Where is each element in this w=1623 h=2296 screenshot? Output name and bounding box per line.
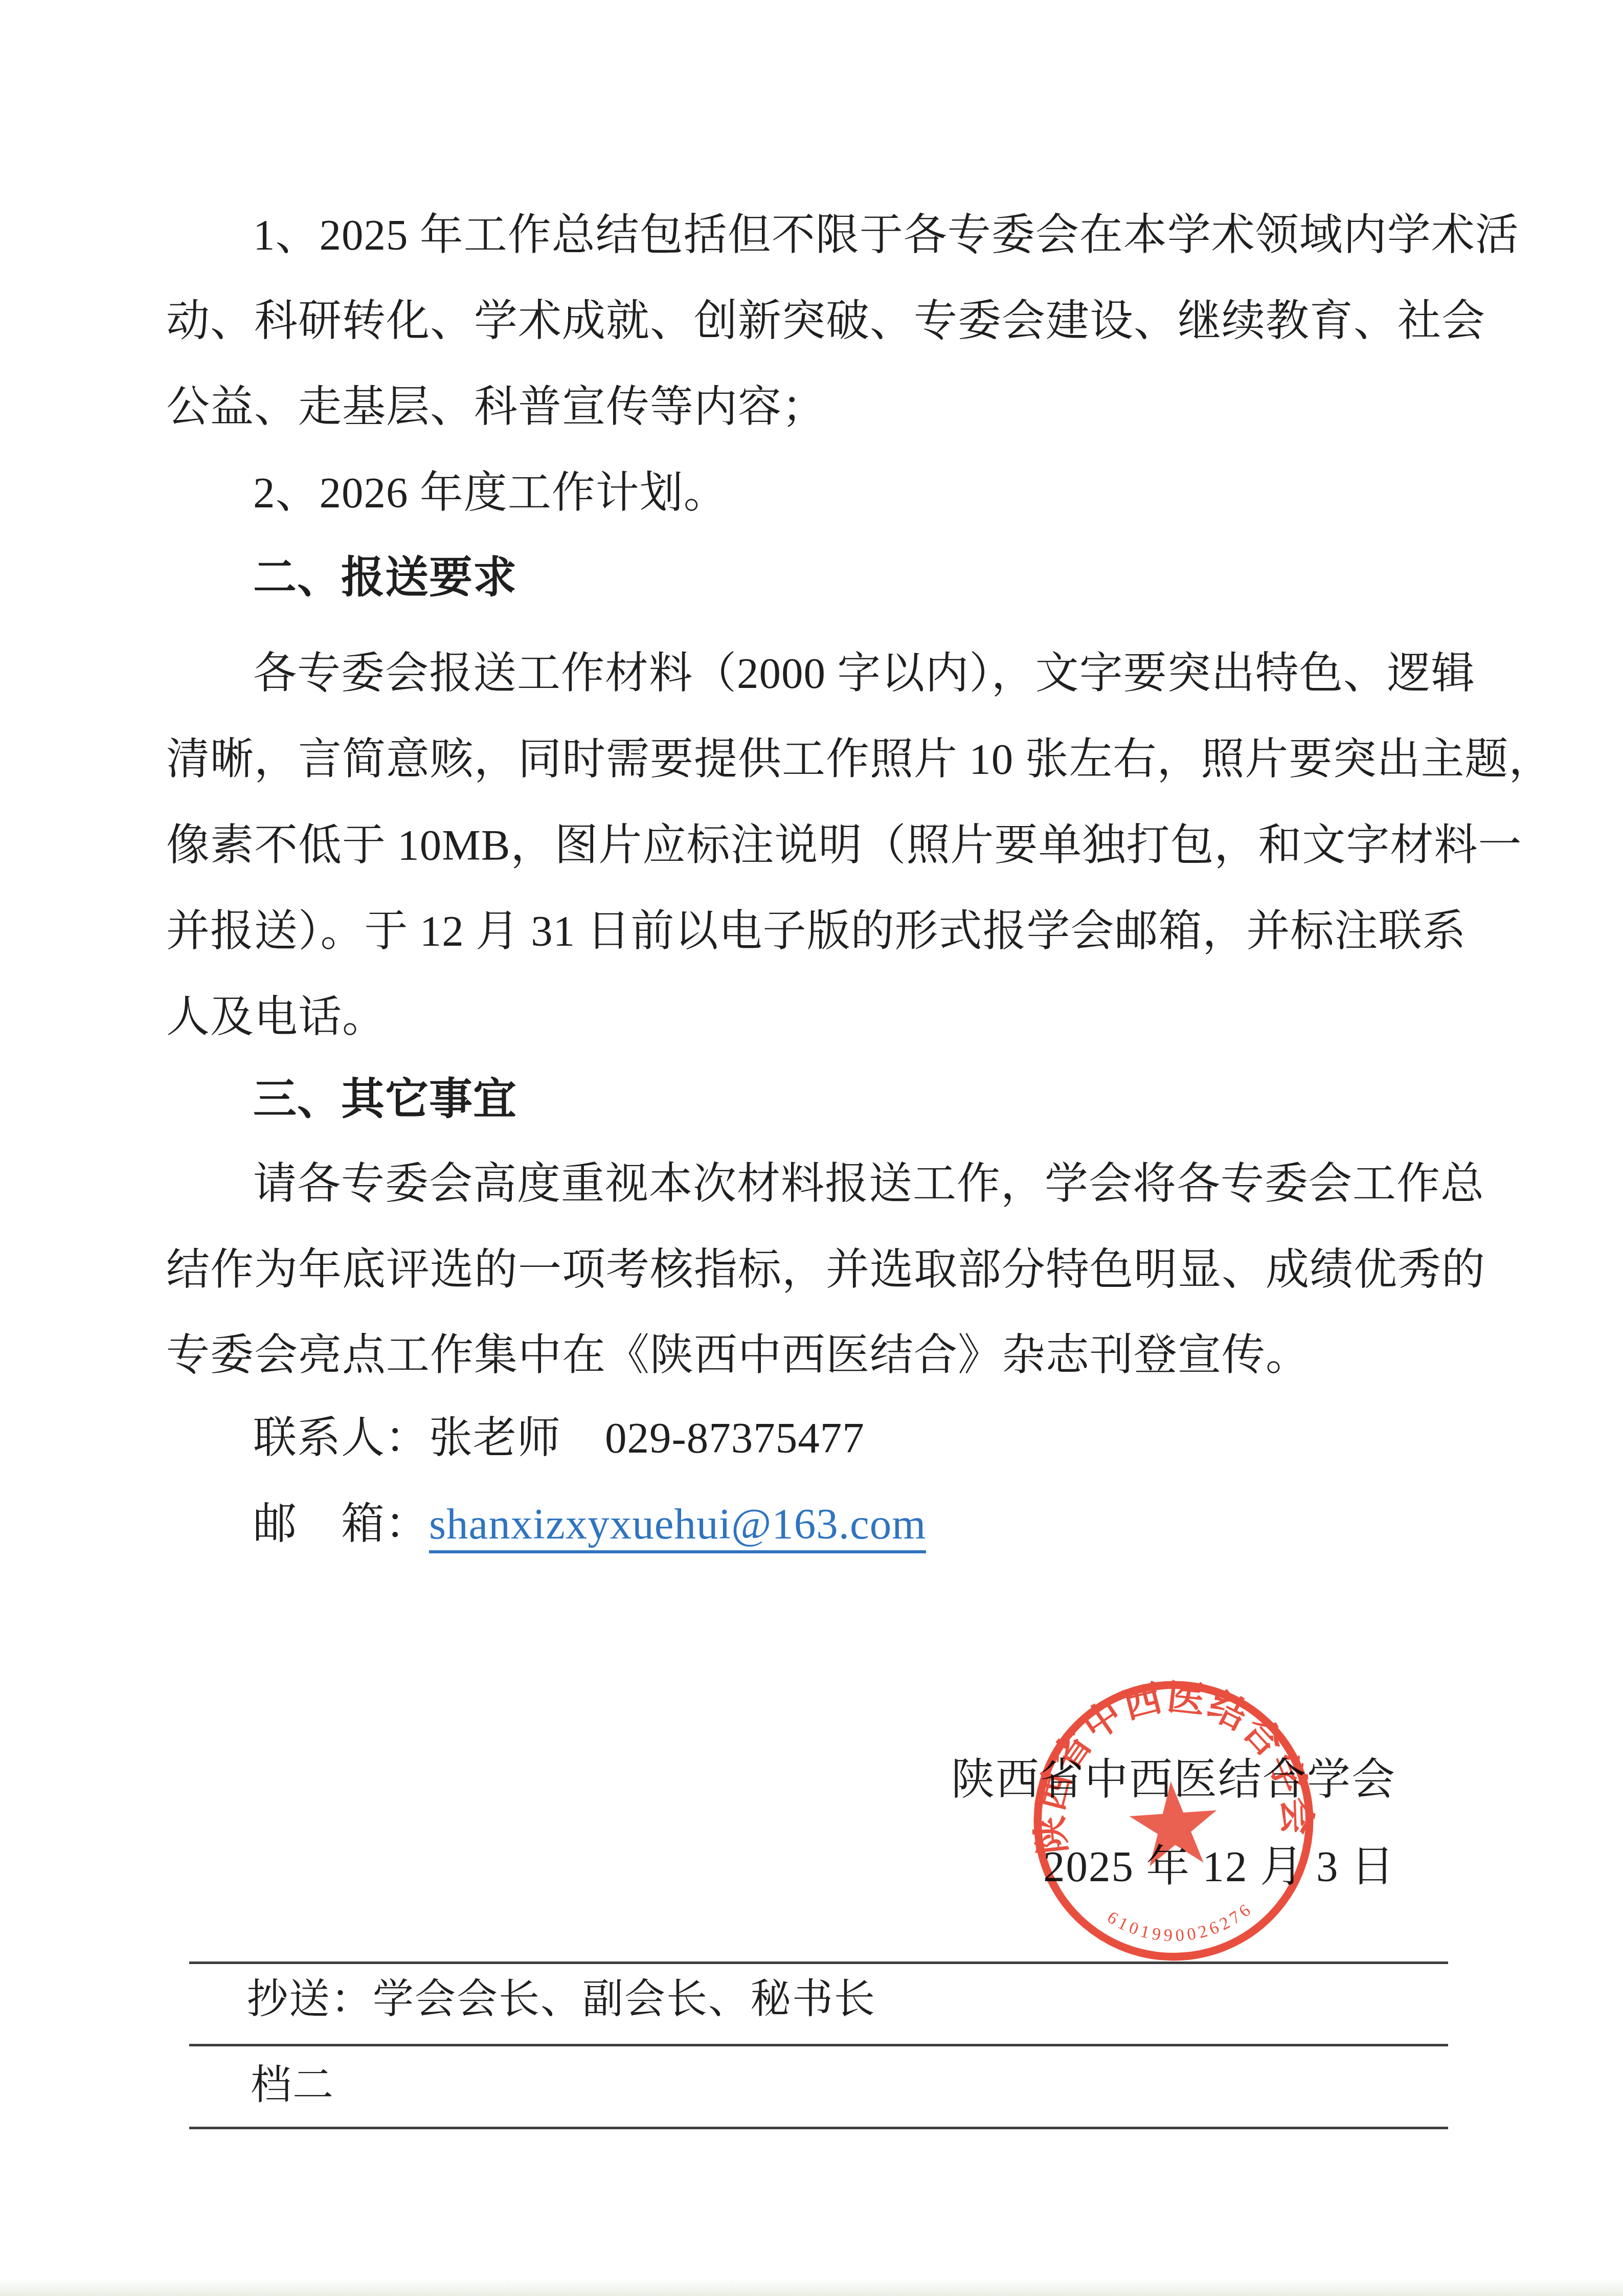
official-seal-stamp: 陕西省中西医结合学会 6101990026276 (1010, 1657, 1337, 1985)
footer-divider-middle (189, 2044, 1448, 2046)
email-line: 邮 箱：shanxizxyxuehui@163.com (253, 1496, 926, 1552)
scan-edge-shadow (0, 2279, 1623, 2296)
body-line-10: 人及电话。 (166, 989, 386, 1045)
body-line-7: 清晰，言简意赅，同时需要提供工作照片 10 张左右，照片要突出主题， (166, 731, 1553, 788)
body-line-4: 2、2026 年度工作计划。 (253, 465, 728, 521)
body-line-3: 公益、走基层、科普宣传等内容； (166, 379, 826, 435)
body-line-9: 并报送）。于 12 月 31 日前以电子版的形式报学会邮箱，并标注联系 (166, 903, 1467, 960)
body-line-13: 结作为年底评选的一项考核指标，并选取部分特色明显、成绩优秀的 (166, 1242, 1485, 1298)
section-heading-submission-requirements: 二、报送要求 (253, 550, 517, 606)
contact-person-line: 联系人：张老师 029-87375477 (253, 1410, 865, 1466)
body-line-1: 1、2025 年工作总结包括但不限于各专委会在本学术领域内学术活 (253, 207, 1519, 263)
body-line-12: 请各专委会高度重视本次材料报送工作，学会将各专委会工作总 (253, 1156, 1484, 1212)
email-address-link[interactable]: shanxizxyxuehui@163.com (429, 1500, 926, 1553)
archive-note-line: 档二 (251, 2059, 334, 2112)
body-line-2: 动、科研转化、学术成就、创新突破、专委会建设、继续教育、社会 (166, 293, 1485, 349)
cc-line: 抄送：学会会长、副会长、秘书长 (247, 1973, 876, 2026)
body-line-14: 专委会亮点工作集中在《陕西中西医结合》杂志刊登宣传。 (166, 1327, 1310, 1384)
footer-divider-top (189, 1961, 1448, 1964)
body-line-8: 像素不低于 10MB，图片应标注说明（照片要单独打包，和文字材料一 (166, 817, 1522, 874)
email-label: 邮 箱： (253, 1500, 429, 1548)
body-line-6: 各专委会报送工作材料（2000 字以内），文字要突出特色、逻辑 (253, 645, 1475, 702)
scanned-official-document-page: 1、2025 年工作总结包括但不限于各专委会在本学术领域内学术活 动、科研转化、… (0, 0, 1623, 2296)
footer-divider-bottom (189, 2127, 1448, 2129)
star-icon (1127, 1778, 1220, 1867)
section-heading-other-matters: 三、其它事宜 (253, 1072, 517, 1128)
